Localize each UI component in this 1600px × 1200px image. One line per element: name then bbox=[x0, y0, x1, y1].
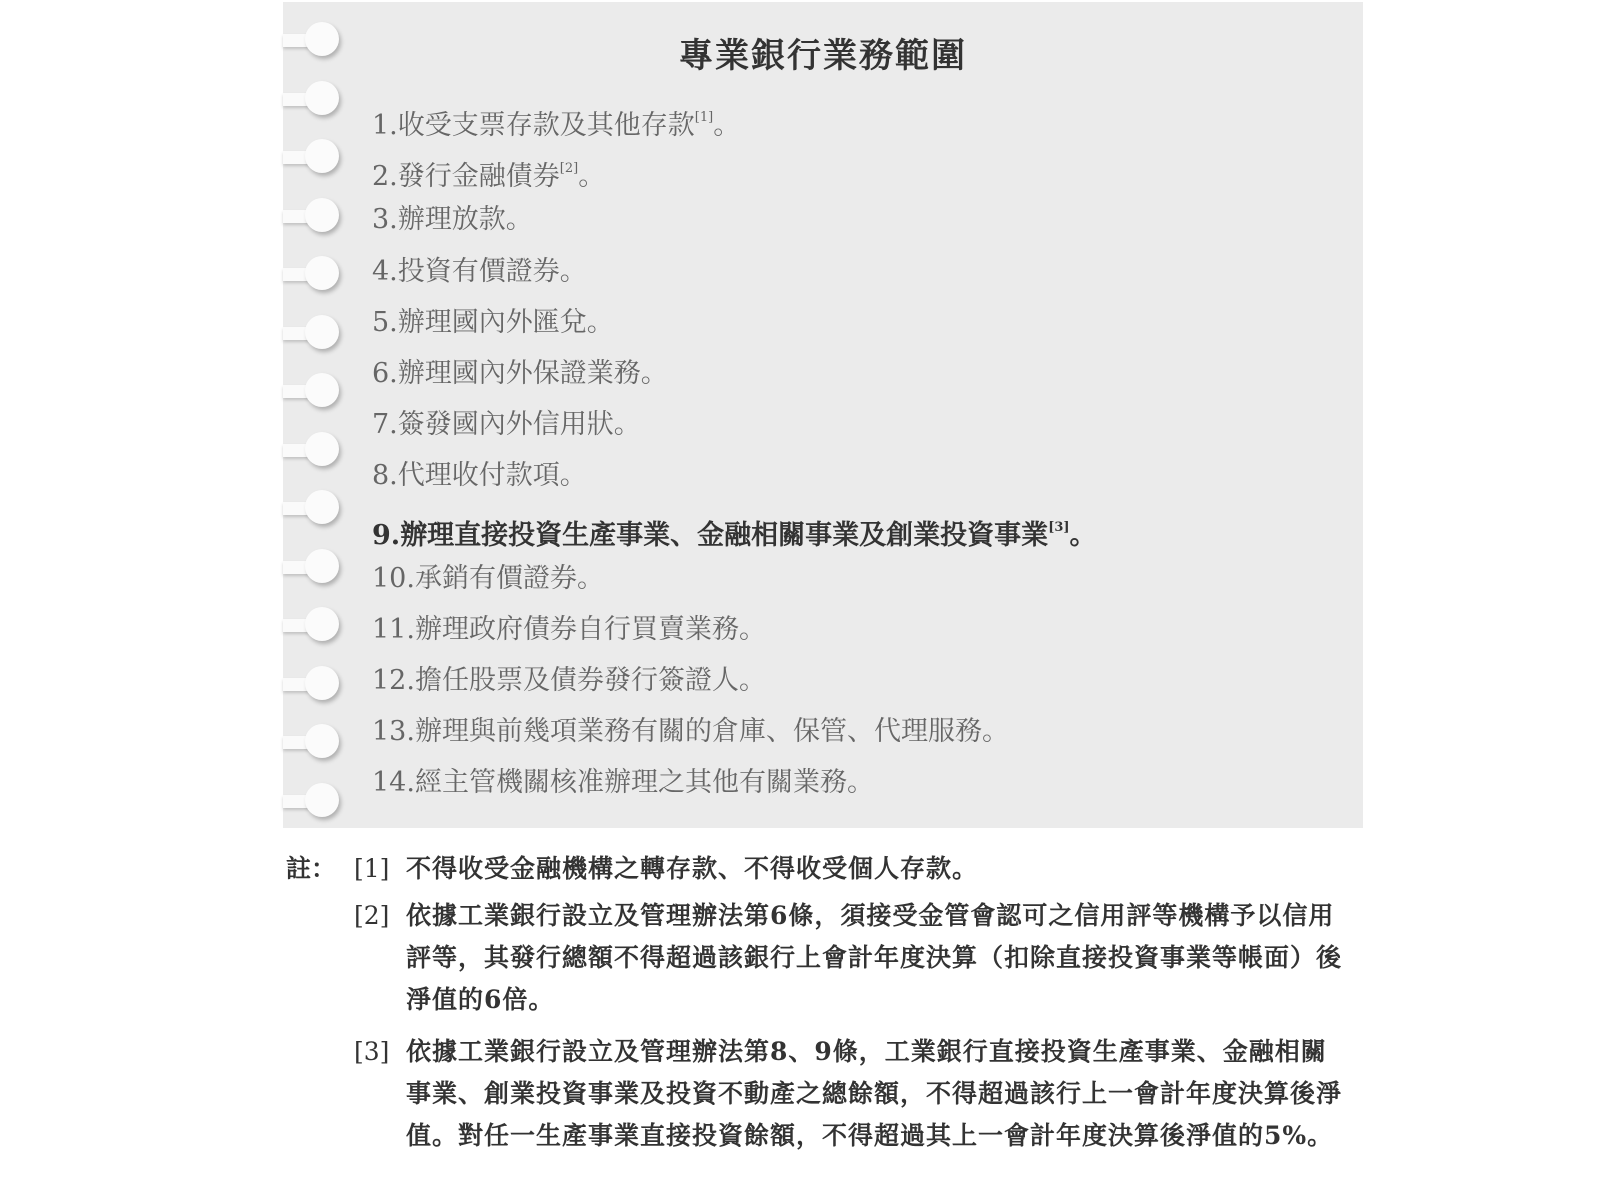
page-title-text: 專業銀行業務範圍 bbox=[679, 28, 967, 77]
list-item: 7.簽發國內外信用狀。 bbox=[372, 399, 1097, 450]
list-item: 12.擔任股票及債券發行簽證人。 bbox=[372, 655, 1097, 706]
item-period: 。 bbox=[739, 665, 766, 696]
footnote-text: 不得收受金融機構之轉存款、不得收受個人存款。 bbox=[406, 848, 1346, 890]
binder-ring-icon bbox=[283, 373, 339, 409]
binder-ring-icon bbox=[283, 490, 339, 526]
binder-ring-icon bbox=[283, 432, 339, 468]
item-text: 收受支票存款及其他存款 bbox=[398, 110, 695, 141]
footnote-ref: [3] bbox=[1048, 520, 1069, 535]
item-period: 。 bbox=[577, 563, 604, 594]
item-number: 3. bbox=[372, 204, 398, 235]
item-number: 12. bbox=[372, 665, 415, 696]
item-number: 2. bbox=[372, 161, 398, 192]
list-item: 2.發行金融債券[2]。 bbox=[372, 143, 1097, 194]
item-number: 11. bbox=[372, 614, 415, 645]
page-title: 專業銀行業務範圍 bbox=[283, 28, 1363, 77]
item-number: 1. bbox=[372, 110, 398, 141]
footnote-indent bbox=[286, 1031, 354, 1157]
item-text: 辦理與前幾項業務有關的倉庫、保管、代理服務 bbox=[415, 716, 982, 747]
binder-ring-icon bbox=[283, 549, 339, 585]
list-item: 5.辦理國內外匯兌。 bbox=[372, 297, 1097, 348]
item-text: 辦理政府債券自行買賣業務 bbox=[415, 614, 739, 645]
item-text: 辦理國內外保證業務 bbox=[398, 358, 641, 389]
item-number: 4. bbox=[372, 256, 398, 287]
list-item: 13.辦理與前幾項業務有關的倉庫、保管、代理服務。 bbox=[372, 706, 1097, 757]
list-item: 6.辦理國內外保證業務。 bbox=[372, 348, 1097, 399]
binder-ring-icon bbox=[283, 198, 339, 234]
item-text: 辦理放款 bbox=[398, 204, 506, 235]
footnote-lead: 註： bbox=[286, 848, 354, 890]
footnote-3: [3] 依據工業銀行設立及管理辦法第8、9條，工業銀行直接投資生產事業、金融相關… bbox=[286, 1031, 1346, 1157]
item-number: 13. bbox=[372, 716, 415, 747]
item-number: 14. bbox=[372, 767, 415, 798]
item-text: 擔任股票及債券發行簽證人 bbox=[415, 665, 739, 696]
footnote-1: 註： [1] 不得收受金融機構之轉存款、不得收受個人存款。 bbox=[286, 848, 1346, 890]
item-text: 投資有價證券 bbox=[398, 256, 560, 287]
item-text: 辦理直接投資生產事業、金融相關事業及創業投資事業 bbox=[400, 520, 1048, 551]
list-item: 14.經主管機關核准辦理之其他有關業務。 bbox=[372, 757, 1097, 808]
item-text: 辦理國內外匯兌 bbox=[398, 307, 587, 338]
footnote-ref: [2] bbox=[560, 161, 578, 176]
item-period: 。 bbox=[847, 767, 874, 798]
item-period: 。 bbox=[614, 409, 641, 440]
list-item: 10.承銷有價證券。 bbox=[372, 553, 1097, 604]
footnote-marker: [3] bbox=[354, 1031, 406, 1157]
list-item: 9.辦理直接投資生產事業、金融相關事業及創業投資事業[3]。 bbox=[372, 502, 1097, 553]
item-period: 。 bbox=[587, 307, 614, 338]
binder-ring-icon bbox=[283, 315, 339, 351]
footnote-marker: [1] bbox=[354, 848, 406, 890]
item-number: 5. bbox=[372, 307, 398, 338]
list-item: 11.辦理政府債券自行買賣業務。 bbox=[372, 604, 1097, 655]
item-period: 。 bbox=[982, 716, 1009, 747]
item-period: 。 bbox=[713, 110, 740, 141]
footnote-2: [2] 依據工業銀行設立及管理辦法第6條，須接受金管會認可之信用評等機構予以信用… bbox=[286, 895, 1346, 1021]
item-period: 。 bbox=[560, 256, 587, 287]
item-text: 簽發國內外信用狀 bbox=[398, 409, 614, 440]
item-period: 。 bbox=[1070, 520, 1097, 551]
item-text: 經主管機關核准辦理之其他有關業務 bbox=[415, 767, 847, 798]
footnote-text: 依據工業銀行設立及管理辦法第8、9條，工業銀行直接投資生產事業、金融相關事業、創… bbox=[406, 1031, 1346, 1157]
list-item: 1.收受支票存款及其他存款[1]。 bbox=[372, 92, 1097, 143]
binder-ring-icon bbox=[283, 783, 339, 819]
binder-ring-icon bbox=[283, 81, 339, 117]
footnote-indent bbox=[286, 895, 354, 1021]
item-number: 9. bbox=[372, 520, 400, 551]
binder-ring-icon bbox=[283, 666, 339, 702]
item-period: 。 bbox=[739, 614, 766, 645]
binder-ring-icon bbox=[283, 256, 339, 292]
item-number: 10. bbox=[372, 563, 415, 594]
binder-ring-icon bbox=[283, 139, 339, 175]
footnote-marker: [2] bbox=[354, 895, 406, 1021]
item-period: 。 bbox=[641, 358, 668, 389]
list-item: 4.投資有價證券。 bbox=[372, 246, 1097, 297]
item-number: 7. bbox=[372, 409, 398, 440]
binder-ring-icon bbox=[283, 607, 339, 643]
item-number: 8. bbox=[372, 460, 398, 491]
footnotes: 註： [1] 不得收受金融機構之轉存款、不得收受個人存款。 [2] 依據工業銀行… bbox=[286, 848, 1346, 1157]
footnote-ref: [1] bbox=[695, 110, 713, 125]
item-period: 。 bbox=[560, 460, 587, 491]
list-item: 8.代理收付款項。 bbox=[372, 450, 1097, 501]
footnote-text: 依據工業銀行設立及管理辦法第6條，須接受金管會認可之信用評等機構予以信用評等，其… bbox=[406, 895, 1346, 1021]
item-number: 6. bbox=[372, 358, 398, 389]
business-scope-list: 1.收受支票存款及其他存款[1]。2.發行金融債券[2]。3.辦理放款。4.投資… bbox=[372, 92, 1097, 809]
item-period: 。 bbox=[506, 204, 533, 235]
item-text: 承銷有價證券 bbox=[415, 563, 577, 594]
binder-ring-icon bbox=[283, 724, 339, 760]
item-text: 代理收付款項 bbox=[398, 460, 560, 491]
list-item: 3.辦理放款。 bbox=[372, 194, 1097, 245]
item-period: 。 bbox=[578, 161, 605, 192]
item-text: 發行金融債券 bbox=[398, 161, 560, 192]
